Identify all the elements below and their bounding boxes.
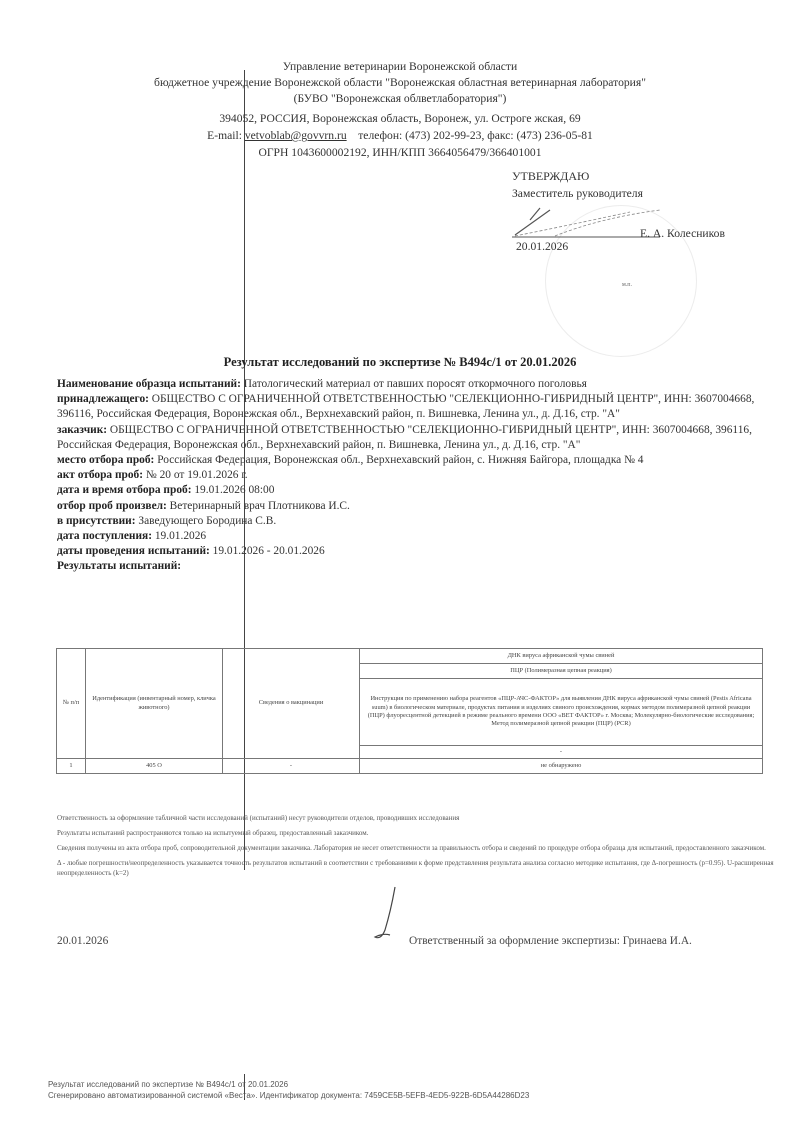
email-label: E-mail: bbox=[207, 129, 242, 142]
field-sampling-act: акт отбора проб: № 20 от 19.01.2026 г. bbox=[57, 468, 763, 483]
field-received-date: дата поступления: 19.01.2026 bbox=[57, 529, 763, 544]
approval-date: 20.01.2026 bbox=[516, 240, 568, 253]
org-registration: ОГРН 1043600002192, ИНН/КПП 3664056479/3… bbox=[0, 145, 800, 161]
cell-result: не обнаружено bbox=[360, 759, 763, 774]
note-responsibility: Ответственность за оформление табличной … bbox=[57, 813, 777, 823]
approval-position: Заместитель руководителя bbox=[512, 187, 643, 200]
document-footer: Результат исследований по экспертизе № В… bbox=[48, 1079, 529, 1101]
field-customer: заказчик: ОБЩЕСТВО С ОГРАНИЧЕННОЙ ОТВЕТС… bbox=[57, 423, 763, 453]
col-header-unit: - bbox=[360, 746, 763, 759]
footer-generated-id: Сгенерировано автоматизированной системо… bbox=[48, 1090, 529, 1101]
field-sample-name: Наименование образца испытаний: Патологи… bbox=[57, 377, 763, 392]
field-in-presence: в присутствии: Заведующего Бородина С.В. bbox=[57, 514, 763, 529]
approval-title: УТВЕРЖДАЮ bbox=[512, 169, 589, 184]
col-header-num: № п/п bbox=[57, 649, 86, 759]
stamp-label: м.п. bbox=[622, 282, 632, 288]
org-contacts: E-mail: vetvoblab@govvrn.ru телефон: (47… bbox=[0, 128, 800, 144]
note-scope: Результаты испытаний распространяются то… bbox=[57, 828, 777, 838]
responsible-person: Ответственный за оформление экспертизы: … bbox=[409, 935, 692, 947]
col-header-ident: Идентификация (инвентарный номер, кличка… bbox=[86, 649, 223, 759]
org-address: 394052, РОССИЯ, Воронежская область, Вор… bbox=[0, 111, 800, 127]
table-row: 1 405 О - не обнаружено bbox=[57, 759, 763, 774]
footer-date: 20.01.2026 bbox=[57, 935, 108, 947]
col-header-test-name: ДНК вируса африканской чумы свиней bbox=[360, 649, 763, 664]
phone-fax: телефон: (473) 202-99-23, факс: (473) 23… bbox=[358, 129, 593, 142]
note-source: Сведения получены из акта отбора проб, с… bbox=[57, 843, 777, 853]
document-title: Результат исследований по экспертизе № В… bbox=[0, 355, 800, 370]
signature-icon bbox=[365, 885, 415, 945]
field-test-dates: даты проведения испытаний: 19.01.2026 - … bbox=[57, 544, 763, 559]
field-sampling-place: место отбора проб: Российская Федерация,… bbox=[57, 453, 763, 468]
col-header-method-short: ПЦР (Полимеразная цепная реакция) bbox=[360, 664, 763, 679]
cell-vaccination: - bbox=[223, 759, 360, 774]
cell-num: 1 bbox=[57, 759, 86, 774]
field-sampling-datetime: дата и время отбора проб: 19.01.2026 08:… bbox=[57, 483, 763, 498]
field-sampled-by: отбор проб произвел: Ветеринарный врач П… bbox=[57, 499, 763, 514]
org-short-name: (БУВО "Воронежская облветлаборатория") bbox=[0, 91, 800, 107]
cell-ident: 405 О bbox=[86, 759, 223, 774]
field-owner: принадлежащего: ОБЩЕСТВО С ОГРАНИЧЕННОЙ … bbox=[57, 392, 763, 422]
results-table: № п/п Идентификация (инвентарный номер, … bbox=[56, 648, 763, 774]
sample-fields: Наименование образца испытаний: Патологи… bbox=[57, 377, 763, 575]
approver-name: Е. А. Колесников bbox=[640, 227, 725, 240]
org-parent: Управление ветеринарии Воронежской облас… bbox=[0, 59, 800, 75]
email-link[interactable]: vetvoblab@govvrn.ru bbox=[245, 129, 347, 142]
col-header-vaccination: Сведения о вакцинации bbox=[223, 649, 360, 759]
notes: Ответственность за оформление табличной … bbox=[57, 813, 777, 883]
field-results-heading: Результаты испытаний: bbox=[57, 559, 763, 574]
col-header-method-full: Инструкция по применению набора реагенто… bbox=[360, 679, 763, 746]
note-uncertainty: Δ - любые погрешности/неопределенность у… bbox=[57, 858, 777, 878]
org-name: бюджетное учреждение Воронежской области… bbox=[0, 75, 800, 91]
footer-doc-ref: Результат исследований по экспертизе № В… bbox=[48, 1079, 529, 1090]
